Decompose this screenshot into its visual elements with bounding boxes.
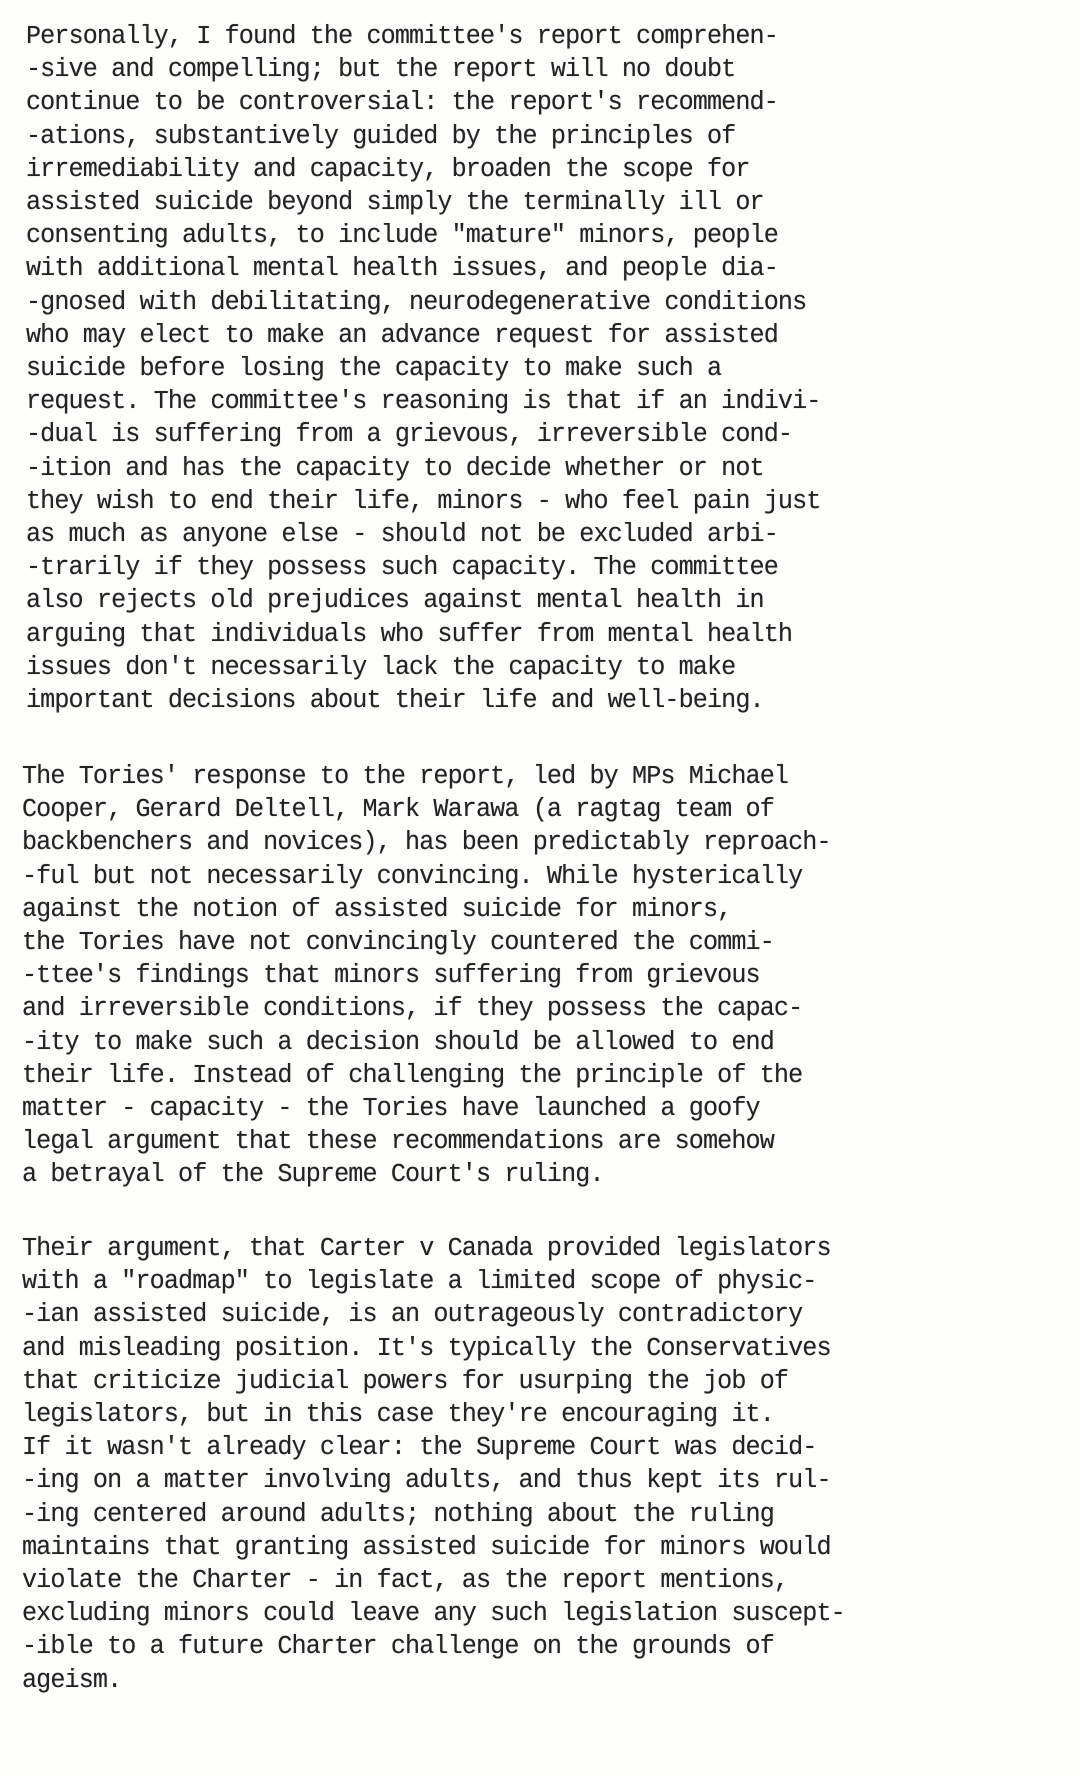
text-line: request. The committee's reasoning is th…	[26, 385, 1050, 418]
text-line: also rejects old prejudices against ment…	[26, 584, 1050, 617]
text-line: against the notion of assisted suicide f…	[22, 893, 1046, 926]
text-line: the Tories have not convincingly counter…	[22, 926, 1046, 959]
text-line: -ing centered around adults; nothing abo…	[22, 1498, 1046, 1531]
text-line: as much as anyone else - should not be e…	[26, 518, 1050, 551]
text-line: matter - capacity - the Tories have laun…	[22, 1092, 1046, 1125]
text-line: consenting adults, to include "mature" m…	[26, 219, 1050, 252]
text-line: legal argument that these recommendation…	[22, 1125, 1046, 1158]
text-line: they wish to end their life, minors - wh…	[26, 485, 1050, 518]
text-line: -ible to a future Charter challenge on t…	[22, 1630, 1046, 1663]
text-line: and irreversible conditions, if they pos…	[22, 992, 1046, 1025]
typewritten-page: Personally, I found the committee's repo…	[0, 0, 1080, 1776]
text-line: continue to be controversial: the report…	[26, 86, 1050, 119]
text-line: -ttee's findings that minors suffering f…	[22, 959, 1046, 992]
text-line: -ations, substantively guided by the pri…	[26, 120, 1050, 153]
text-line: irremediability and capacity, broaden th…	[26, 153, 1050, 186]
text-line: Cooper, Gerard Deltell, Mark Warawa (a r…	[22, 793, 1046, 826]
text-line: with a "roadmap" to legislate a limited …	[22, 1265, 1046, 1298]
text-line: -ian assisted suicide, is an outrageousl…	[22, 1298, 1046, 1331]
text-line: who may elect to make an advance request…	[26, 319, 1050, 352]
text-line: a betrayal of the Supreme Court's ruling…	[22, 1158, 1046, 1191]
text-line: maintains that granting assisted suicide…	[22, 1531, 1046, 1564]
text-line: assisted suicide beyond simply the termi…	[26, 186, 1050, 219]
text-line: -ity to make such a decision should be a…	[22, 1026, 1046, 1059]
text-line: and misleading position. It's typically …	[22, 1332, 1046, 1365]
text-line: The Tories' response to the report, led …	[22, 760, 1046, 793]
text-line: -ition and has the capacity to decide wh…	[26, 452, 1050, 485]
text-line: Personally, I found the committee's repo…	[26, 20, 1050, 53]
text-line: important decisions about their life and…	[26, 684, 1050, 717]
text-line: their life. Instead of challenging the p…	[22, 1059, 1046, 1092]
text-line: ageism.	[22, 1664, 1046, 1697]
text-line: issues don't necessarily lack the capaci…	[26, 651, 1050, 684]
text-line: arguing that individuals who suffer from…	[26, 618, 1050, 651]
text-line: that criticize judicial powers for usurp…	[22, 1365, 1046, 1398]
text-line: -dual is suffering from a grievous, irre…	[26, 418, 1050, 451]
text-line: If it wasn't already clear: the Supreme …	[22, 1431, 1046, 1464]
text-line: excluding minors could leave any such le…	[22, 1597, 1046, 1630]
text-line: -trarily if they possess such capacity. …	[26, 551, 1050, 584]
paragraph-tories-response: The Tories' response to the report, led …	[22, 760, 1062, 1192]
text-line: suicide before losing the capacity to ma…	[26, 352, 1050, 385]
text-line: Their argument, that Carter v Canada pro…	[22, 1232, 1046, 1265]
text-line: -sive and compelling; but the report wil…	[26, 53, 1050, 86]
text-line: -ful but not necessarily convincing. Whi…	[22, 860, 1046, 893]
text-line: -gnosed with debilitating, neurodegenera…	[26, 286, 1050, 319]
text-line: -ing on a matter involving adults, and t…	[22, 1464, 1046, 1497]
text-line: legislators, but in this case they're en…	[22, 1398, 1046, 1431]
paragraph-committee-report: Personally, I found the committee's repo…	[26, 20, 1066, 717]
text-line: with additional mental health issues, an…	[26, 252, 1050, 285]
text-line: violate the Charter - in fact, as the re…	[22, 1564, 1046, 1597]
text-line: backbenchers and novices), has been pred…	[22, 826, 1046, 859]
paragraph-carter-argument: Their argument, that Carter v Canada pro…	[22, 1232, 1062, 1697]
